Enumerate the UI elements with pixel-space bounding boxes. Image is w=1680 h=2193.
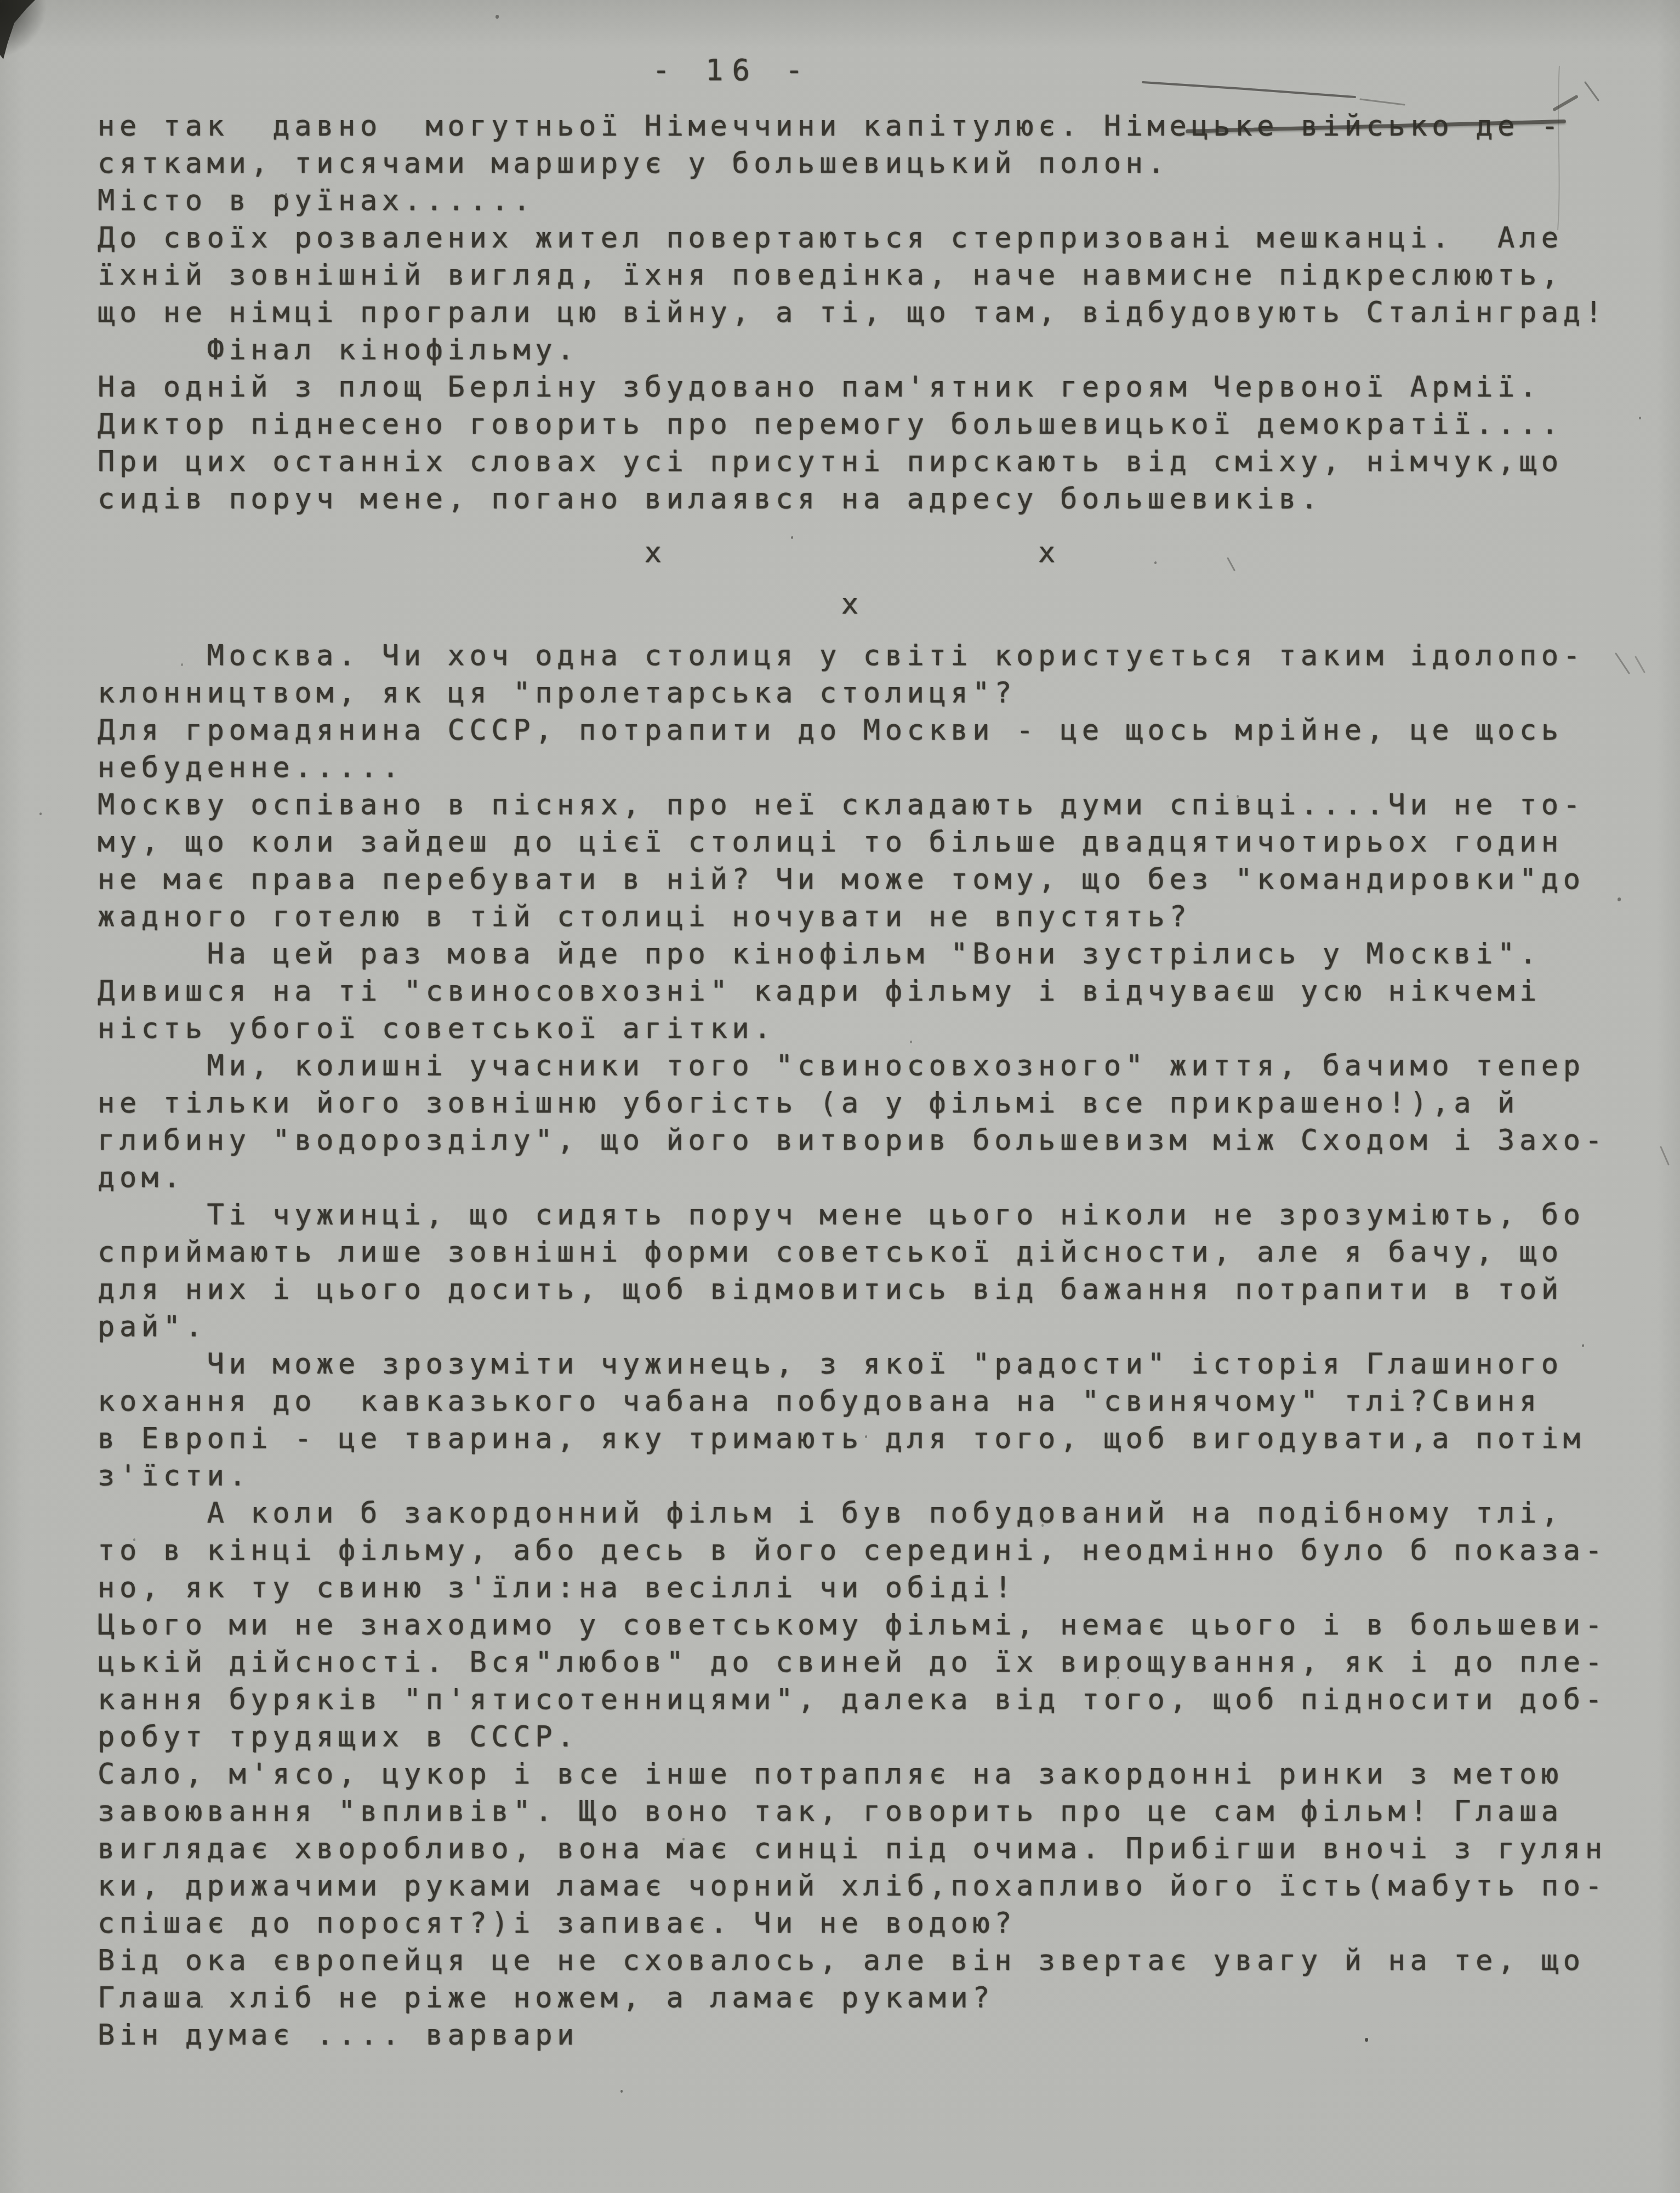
text-line: глибину "водорозділу", що його витворив …	[98, 1122, 1654, 1159]
text-line: клонництвом, як ця "пролетарська столиця…	[98, 674, 1654, 712]
text-line: кання буряків "п'ятисотенницями", далека…	[98, 1681, 1654, 1718]
text-line: сидів поруч мене, погано вилаявся на адр…	[98, 480, 1654, 518]
text-line-with-strikethrough: не так давно могутньої Німеччини капітул…	[98, 107, 1654, 145]
text-line: завоювання "впливів". Що воно так, говор…	[98, 1793, 1654, 1830]
text-line: Москву оспівано в піснях, про неї склада…	[98, 786, 1654, 823]
text-line: для них і цього досить, щоб відмовитись …	[98, 1271, 1654, 1308]
text-line: ність убогої советської агітки.	[98, 1010, 1654, 1047]
text-line: Сало, м'ясо, цукор і все інше потрапляє …	[98, 1755, 1654, 1793]
document-page: - 16 - не так давно могутньої Німеччини …	[0, 0, 1680, 2193]
text-line: но, як ту свиню з'їли:на весіллі чи обід…	[98, 1569, 1654, 1606]
text-line: Місто в руїнах......	[98, 182, 1654, 219]
text-line: сприймають лише зовнішні форми советсько…	[98, 1234, 1654, 1271]
text-line: виглядає хворобливо, вона має синці під …	[98, 1830, 1654, 1867]
line-text: не так давно могутньої Німеччини капітул…	[98, 110, 1191, 143]
text-line: Від ока європейця це не сховалось, але в…	[98, 1942, 1654, 1979]
text-line: жадного готелю в тій столиці ночувати не…	[98, 898, 1654, 935]
text-line: спішає до поросят?)і запиває. Чи не водо…	[98, 1905, 1654, 1942]
text-line: не має права перебувати в ній? Чи може т…	[98, 861, 1654, 898]
paragraph-block: Москва. Чи хоч одна столиця у світі кори…	[98, 637, 1654, 2054]
text-line: Ті чужинці, що сидять поруч мене цього н…	[98, 1196, 1654, 1234]
text-line: з'їсти.	[98, 1457, 1654, 1495]
text-line: то в кінці фільму, або десь в його серед…	[98, 1532, 1654, 1569]
text-line: в Европі - це тварина, яку тримають для …	[98, 1420, 1654, 1457]
text-line: не тільки його зовнішню убогість (а у фі…	[98, 1084, 1654, 1122]
text-line: небуденне.....	[98, 749, 1654, 786]
text-line: Москва. Чи хоч одна столиця у світі кори…	[98, 637, 1654, 674]
document-text: не так давно могутньої Німеччини капітул…	[98, 107, 1654, 2054]
text-line: робут трудящих в СССР.	[98, 1718, 1654, 1755]
struck-through-text: цьке військо де -	[1191, 107, 1563, 145]
text-line: дом.	[98, 1159, 1654, 1196]
text-line: рай".	[98, 1308, 1654, 1345]
paragraph-block: сятками, тисячами марширує у большевицьк…	[98, 145, 1654, 518]
text-line: му, що коли зайдеш до цієї столиці то бі…	[98, 823, 1654, 861]
text-line: Глаша хліб не ріже ножем, а ламає руками…	[98, 1979, 1654, 2016]
text-line: цькій дійсності. Вся"любов" до свиней до…	[98, 1644, 1654, 1681]
text-line: На одній з площ Берліну збудовано пам'ят…	[98, 368, 1654, 406]
text-line: Дивишся на ті "свиносовхозні" кадри філь…	[98, 973, 1654, 1010]
text-line: сятками, тисячами марширує у большевицьк…	[98, 145, 1654, 182]
text-line: На цей раз мова йде про кінофільм "Вони …	[98, 935, 1654, 973]
page-number: - 16 -	[652, 53, 812, 87]
text-line: Для громадянина СССР, потрапити до Москв…	[98, 712, 1654, 749]
text-line: До своїх розвалених жител повертаються с…	[98, 219, 1654, 257]
text-line: Ми, колишні учасники того "свиносовхозно…	[98, 1047, 1654, 1084]
text-line: Чи може зрозуміти чужинець, з якої "радо…	[98, 1345, 1654, 1383]
text-line: При цих останніх словах усі присутні пир…	[98, 443, 1654, 480]
section-separator: x	[98, 586, 1654, 623]
text-line: А коли б закордонний фільм і був побудов…	[98, 1495, 1654, 1532]
section-separator: x x	[98, 534, 1654, 571]
text-line: ки, дрижачими руками ламає чорний хліб,п…	[98, 1867, 1654, 1905]
text-line: Фінал кінофільму.	[98, 331, 1654, 368]
text-line: що не німці програли цю війну, а ті, що …	[98, 294, 1654, 331]
text-line: Диктор піднесено говорить про перемогу б…	[98, 406, 1654, 443]
text-line: кохання до кавказького чабана побудована…	[98, 1383, 1654, 1420]
text-line: Він думає .... варвари	[98, 2016, 1654, 2054]
text-line: їхній зовнішній вигляд, їхня поведінка, …	[98, 257, 1654, 294]
text-line: Цього ми не знаходимо у советському філь…	[98, 1606, 1654, 1644]
